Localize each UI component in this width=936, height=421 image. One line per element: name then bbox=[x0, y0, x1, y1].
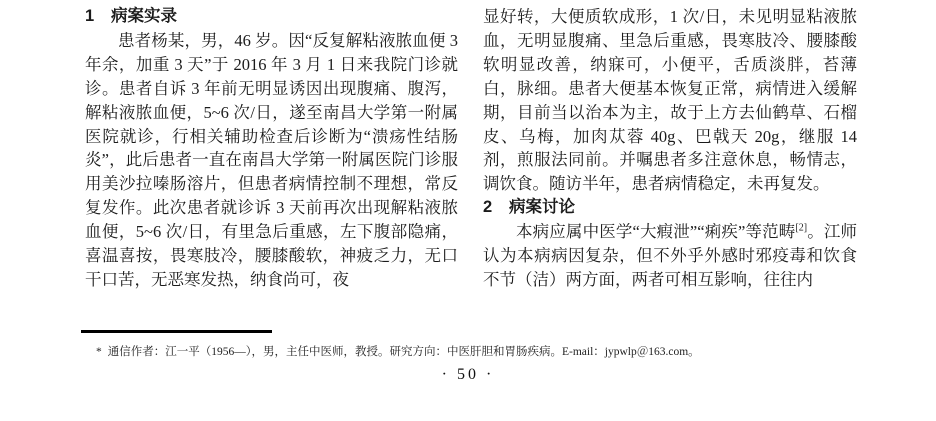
footnote-asterisk: * bbox=[96, 346, 102, 358]
section-1-heading: 1病案实录 bbox=[85, 5, 458, 29]
journal-page: 1病案实录 患者杨某，男，46 岁。因“反复解粘液脓血便 3 年余，加重 3 天… bbox=[0, 0, 936, 421]
left-column: 1病案实录 患者杨某，男，46 岁。因“反复解粘液脓血便 3 年余，加重 3 天… bbox=[85, 5, 458, 301]
discussion-paragraph: 本病应属中医学“大瘕泄”“痢疾”等范畴[2]。江师认为本病病因复杂，但不外乎外感… bbox=[483, 220, 857, 292]
section-2-title: 病案讨论 bbox=[509, 198, 575, 216]
footnote-text: 通信作者：江一平（1956—），男，主任中医师，教授。研究方向：中医肝胆和胃肠疾… bbox=[108, 346, 700, 358]
page-number: · 50 · bbox=[0, 366, 936, 384]
discussion-text-before-ref: 本病应属中医学“大瘕泄”“痢疾”等范畴 bbox=[516, 222, 795, 241]
section-2-heading: 2病案讨论 bbox=[483, 196, 857, 220]
section-1-title: 病案实录 bbox=[111, 7, 177, 25]
case-record-continuation-paragraph: 显好转，大便质软成形，1 次/日，未见明显粘液脓血，无明显腹痛、里急后重感，畏寒… bbox=[483, 5, 857, 196]
right-column: 显好转，大便质软成形，1 次/日，未见明显粘液脓血，无明显腹痛、里急后重感，畏寒… bbox=[483, 5, 857, 301]
footnote-divider bbox=[81, 330, 272, 333]
footnote: *通信作者：江一平（1956—），男，主任中医师，教授。研究方向：中医肝胆和胃肠… bbox=[96, 345, 886, 360]
case-record-paragraph: 患者杨某，男，46 岁。因“反复解粘液脓血便 3 年余，加重 3 天”于 201… bbox=[85, 29, 458, 292]
citation-ref: [2] bbox=[795, 223, 807, 234]
section-2-number: 2 bbox=[483, 196, 509, 220]
section-1-number: 1 bbox=[85, 5, 111, 29]
